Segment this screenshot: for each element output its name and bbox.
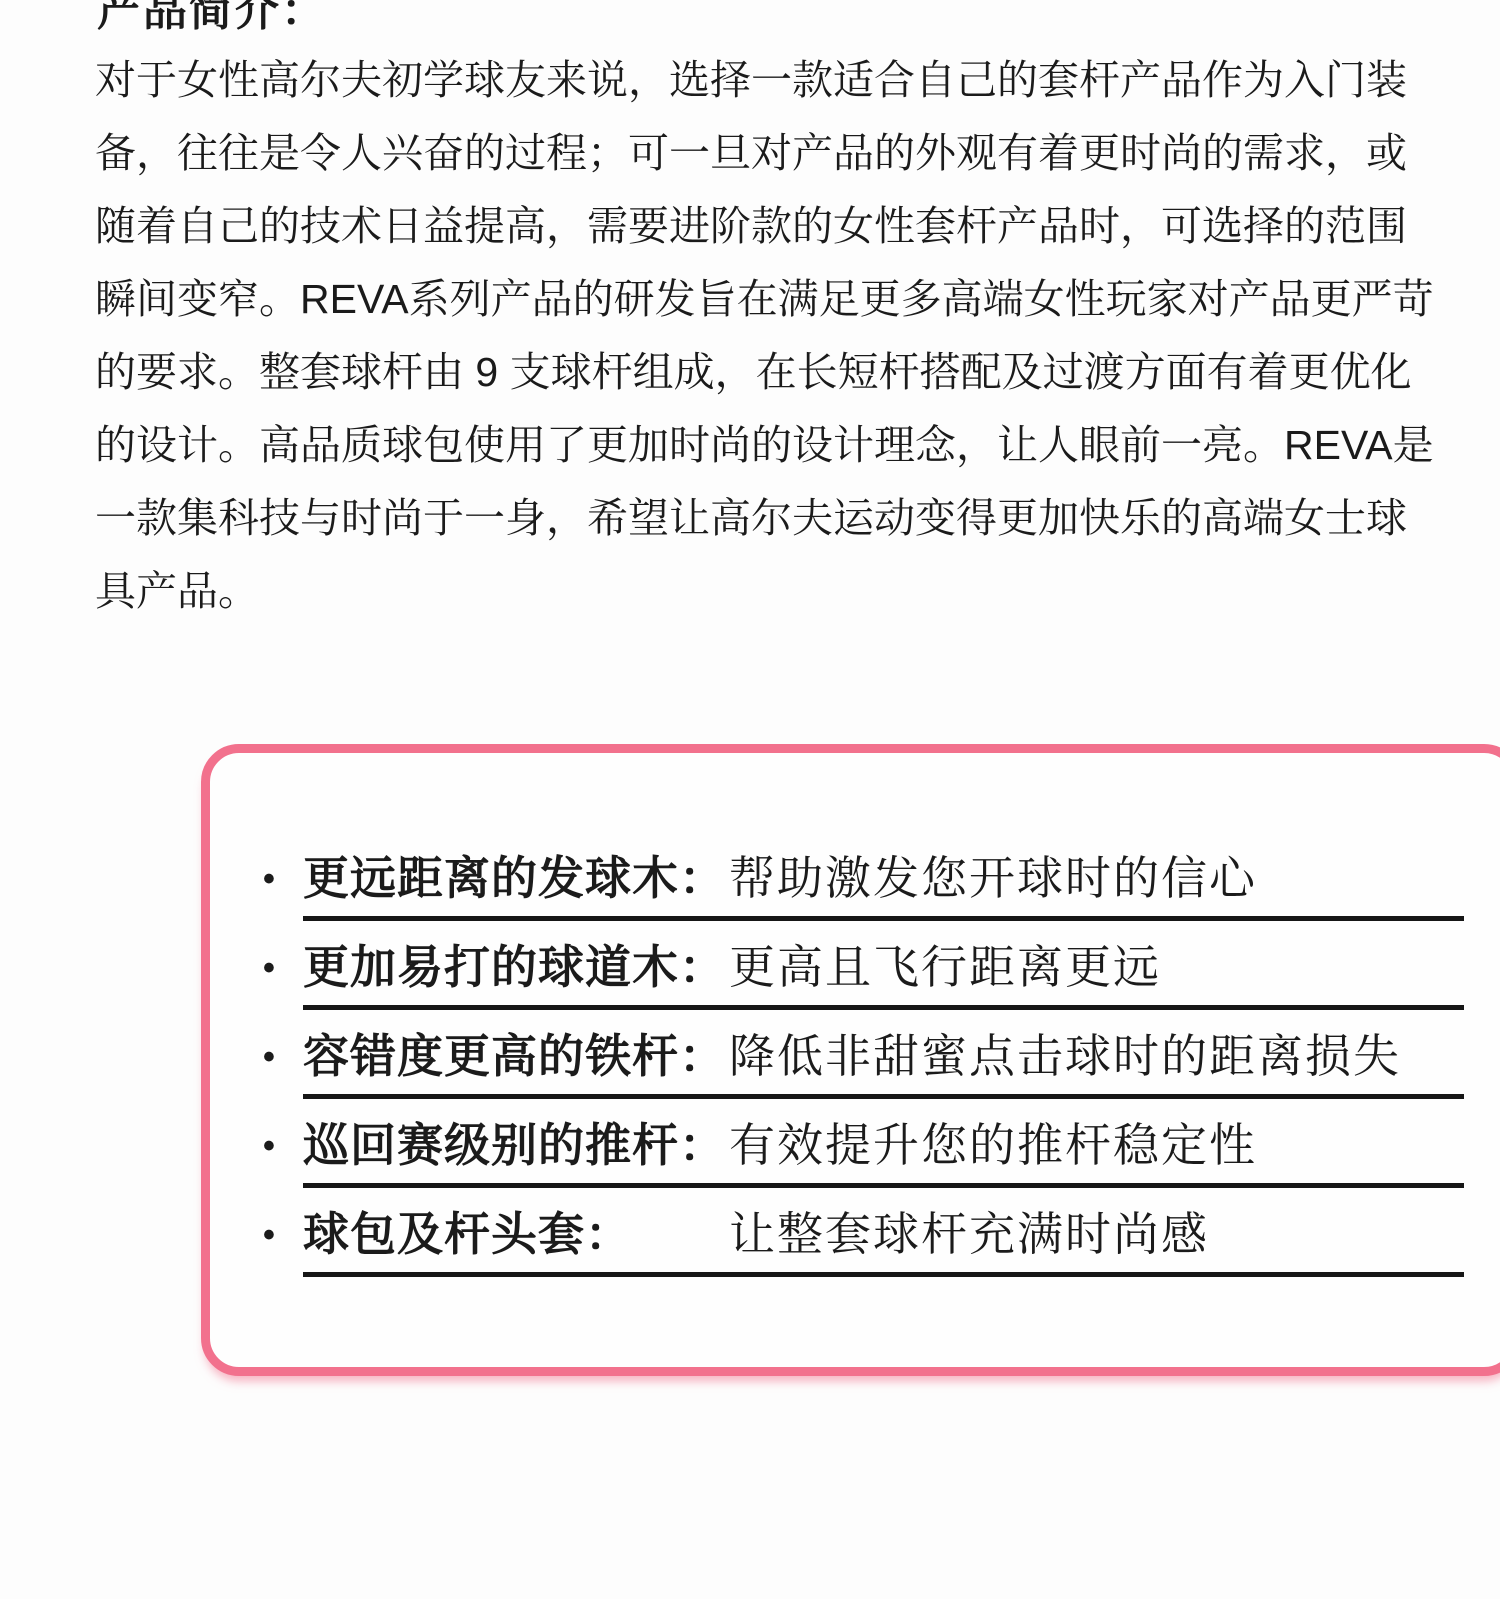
features-highlight-box: • 更远距离的发球木： 帮助激发您开球时的信心 • 更加易打的球道木： 更高且飞… xyxy=(201,744,1500,1376)
intro-line: 具产品。 xyxy=(95,555,1392,628)
feature-label: 巡回赛级别的推杆： xyxy=(303,1117,729,1173)
feature-row-putter: • 巡回赛级别的推杆： 有效提升您的推杆稳定性 xyxy=(303,1117,1464,1188)
feature-row-fairway-wood: • 更加易打的球道木： 更高且飞行距离更远 xyxy=(303,939,1464,1010)
intro-line: 的设计。高品质球包使用了更加时尚的设计理念，让人眼前一亮。REVA是 xyxy=(95,409,1392,482)
intro-line: 对于女性高尔夫初学球友来说，选择一款适合自己的套杆产品作为入门装 xyxy=(95,44,1392,117)
product-description-section: 产品简介： 对于女性高尔夫初学球友来说，选择一款适合自己的套杆产品作为入门装 备… xyxy=(0,0,1500,1376)
feature-row-irons: • 容错度更高的铁杆： 降低非甜蜜点击球时的距离损失 xyxy=(303,1028,1464,1099)
feature-description: 有效提升您的推杆稳定性 xyxy=(729,1117,1257,1173)
page-title: 产品简介： xyxy=(97,0,1392,38)
bullet-dot-icon: • xyxy=(263,1123,275,1169)
feature-label: 更远距离的发球木： xyxy=(303,850,729,906)
intro-line: 备，往往是令人兴奋的过程；可一旦对产品的外观有着更时尚的需求，或 xyxy=(95,117,1392,190)
bullet-dot-icon: • xyxy=(263,945,275,991)
feature-label: 容错度更高的铁杆： xyxy=(303,1028,729,1084)
bullet-dot-icon: • xyxy=(263,856,275,902)
feature-label: 更加易打的球道木： xyxy=(303,939,729,995)
intro-paragraph: 对于女性高尔夫初学球友来说，选择一款适合自己的套杆产品作为入门装 备，往往是令人… xyxy=(95,44,1392,628)
feature-row-bag-headcover: • 球包及杆头套： 让整套球杆充满时尚感 xyxy=(303,1206,1464,1277)
bullet-dot-icon: • xyxy=(263,1212,275,1258)
feature-description: 降低非甜蜜点击球时的距离损失 xyxy=(729,1028,1401,1084)
feature-description: 让整套球杆充满时尚感 xyxy=(729,1206,1209,1262)
intro-line: 瞬间变窄。REVA系列产品的研发旨在满足更多高端女性玩家对产品更严苛 xyxy=(95,263,1392,336)
feature-row-driver: • 更远距离的发球木： 帮助激发您开球时的信心 xyxy=(303,850,1464,921)
intro-line: 的要求。整套球杆由 9 支球杆组成，在长短杆搭配及过渡方面有着更优化 xyxy=(95,336,1392,409)
bullet-dot-icon: • xyxy=(263,1034,275,1080)
feature-label: 球包及杆头套： xyxy=(303,1206,729,1262)
feature-description: 更高且飞行距离更远 xyxy=(729,939,1161,995)
intro-line: 随着自己的技术日益提高，需要进阶款的女性套杆产品时，可选择的范围 xyxy=(95,190,1392,263)
intro-line: 一款集科技与时尚于一身，希望让高尔夫运动变得更加快乐的高端女士球 xyxy=(95,482,1392,555)
feature-description: 帮助激发您开球时的信心 xyxy=(729,850,1257,906)
